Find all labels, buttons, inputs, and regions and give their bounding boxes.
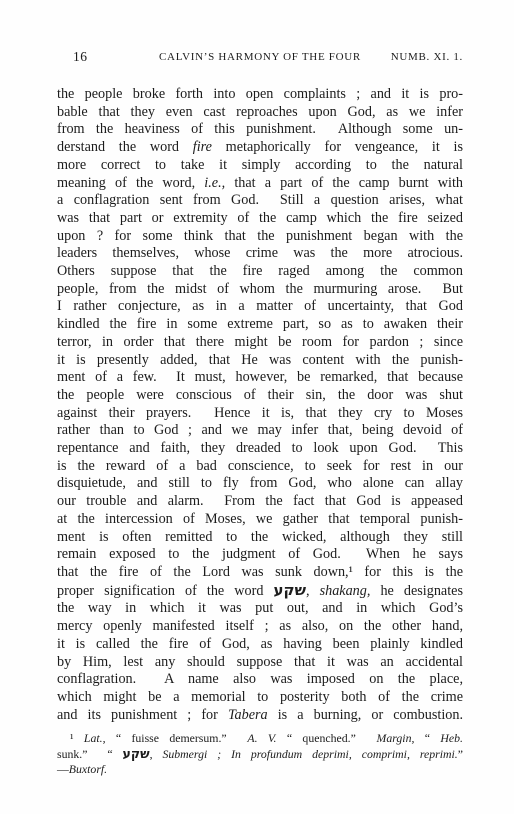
text-line: meaning of the word, i.e., that a part o…	[57, 175, 463, 193]
italic-text: Tabera	[228, 707, 268, 723]
text-line: it is called the fire of God, as having …	[57, 636, 463, 654]
footnote-line: ¹ Lat., “ fuisse demersum.” A. V. “ quen…	[57, 731, 463, 746]
text-line: leaders themselves, whose crime was the …	[57, 245, 463, 263]
italic-text: Margin,	[377, 731, 415, 745]
text-line: the people broke forth into open complai…	[57, 86, 463, 104]
text-line: rather than to God ; and we may infer th…	[57, 422, 463, 440]
text-line: I rather conjecture, as in a matter of u…	[57, 298, 463, 316]
footnote-line: —Buxtorf.	[57, 762, 463, 777]
body-text: the people broke forth into open complai…	[57, 86, 463, 724]
text-line: ment of a few. It must, however, be rema…	[57, 369, 463, 387]
text-line: ment is often remitted to the wicked, al…	[57, 529, 463, 547]
text-line: the way in which it was put out, and in …	[57, 600, 463, 618]
text-line: Others suppose that the fire raged among…	[57, 263, 463, 281]
italic-text: Heb.	[440, 731, 463, 745]
footnote-line: sunk.” “ שקע, Submergi ; In profundum de…	[57, 746, 463, 762]
italic-text: Lat.,	[84, 731, 106, 745]
italic-text: A. V.	[247, 731, 276, 745]
text-line: disquietude, and still to fly from God, …	[57, 475, 463, 493]
text-line: remain exposed to the judgment of God. W…	[57, 546, 463, 564]
text-line: was that part or extremity of the camp w…	[57, 210, 463, 228]
text-line: repentance and faith, they dreaded to lo…	[57, 440, 463, 458]
text-line: terror, in order that there might be roo…	[57, 334, 463, 352]
hebrew-word: שקע	[273, 581, 306, 599]
text-line: a conflagration sent from God. Still a q…	[57, 192, 463, 210]
text-line: upon ? for some think that the punishmen…	[57, 228, 463, 246]
hebrew-word: שקע	[123, 746, 150, 761]
italic-text: Submergi ; In profundum deprimi, comprim…	[162, 747, 457, 761]
text-line: our trouble and alarm. From the fact tha…	[57, 493, 463, 511]
text-line: proper signification of the word שקע, sh…	[57, 582, 463, 601]
page-header: 16 CALVIN’S HARMONY OF THE FOUR NUMB. XI…	[57, 51, 463, 67]
text-line: bable that they even cast reproaches upo…	[57, 104, 463, 122]
book-page: 16 CALVIN’S HARMONY OF THE FOUR NUMB. XI…	[0, 0, 514, 814]
italic-text: shakang,	[320, 583, 371, 599]
text-line: and its punishment ; for Tabera is a bur…	[57, 707, 463, 725]
verse-reference: NUMB. XI. 1.	[391, 51, 463, 63]
text-line: at the intercession of Moses, we gather …	[57, 511, 463, 529]
text-line: it is presently added, that He was conte…	[57, 352, 463, 370]
text-line: against their prayers. Hence it is, that…	[57, 405, 463, 423]
italic-text: Buxtorf.	[69, 762, 107, 776]
text-line: by Him, lest any should suppose that it …	[57, 654, 463, 672]
text-line: kindled the fire in some extreme part, s…	[57, 316, 463, 334]
italic-text: fire	[193, 139, 212, 155]
text-line: more correct to take it simply according…	[57, 157, 463, 175]
text-line: conflagration. A name also was imposed o…	[57, 671, 463, 689]
text-line: from the heaviness of this punishment. A…	[57, 121, 463, 139]
italic-text: i.e.,	[204, 175, 225, 191]
text-line: that the fire of the Lord was sunk down,…	[57, 564, 463, 582]
text-line: is the reward of a bad conscience, to se…	[57, 458, 463, 476]
text-line: which might be a memorial to posterity b…	[57, 689, 463, 707]
text-line: mercy openly manifested itself ; as also…	[57, 618, 463, 636]
text-line: people, from the midst of whom the murmu…	[57, 281, 463, 299]
footnote: ¹ Lat., “ fuisse demersum.” A. V. “ quen…	[57, 731, 463, 778]
text-line: derstand the word fire metaphorically fo…	[57, 139, 463, 157]
text-line: the people were conscious of their sin, …	[57, 387, 463, 405]
